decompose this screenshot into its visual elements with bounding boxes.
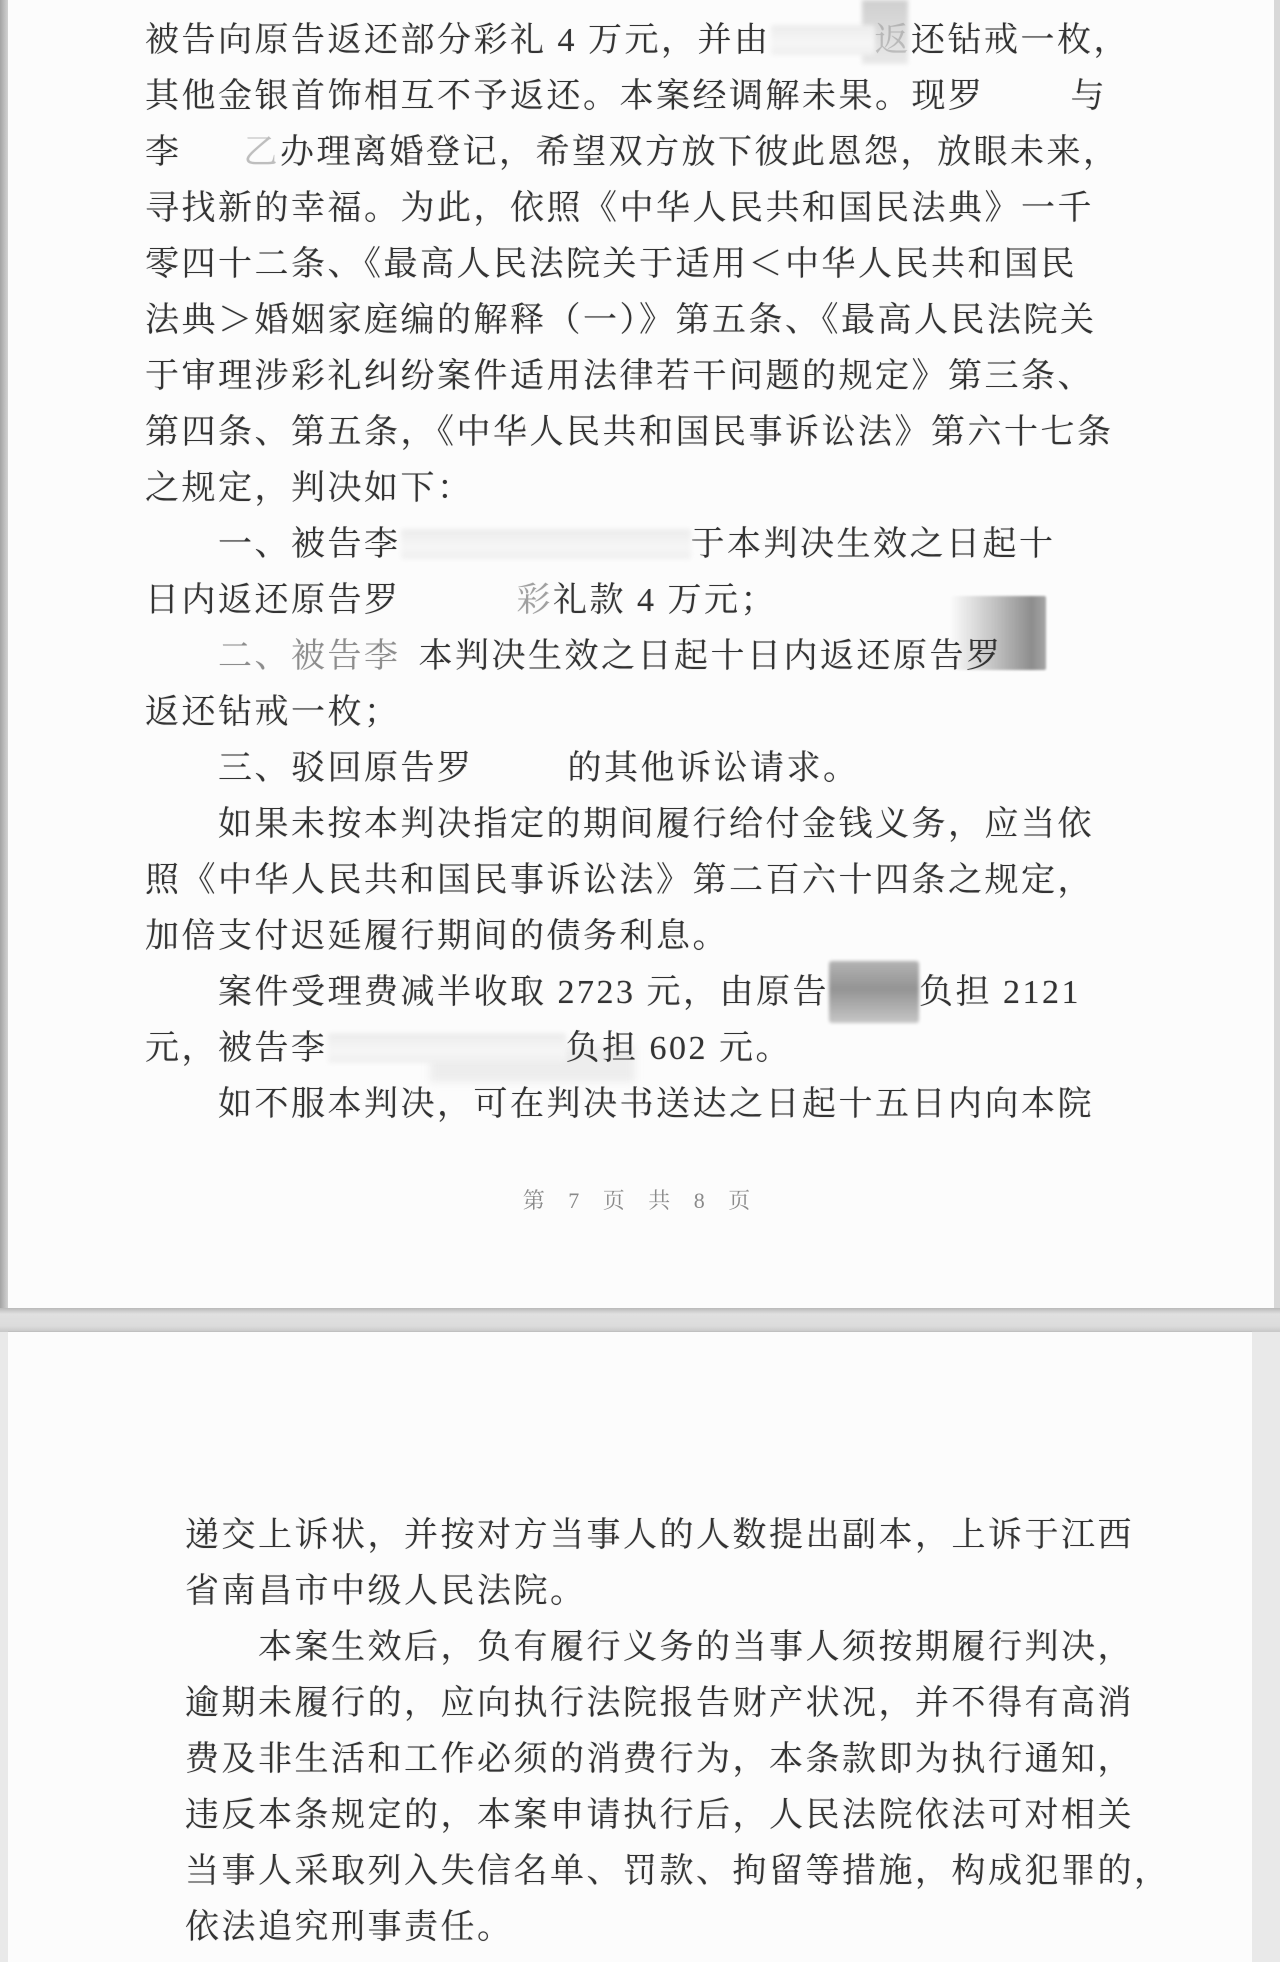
text-line: 法典＞婚姻家庭编的解释（一）》第五条、《最高人民法院关	[145, 292, 1097, 334]
text-segment: 二、被告李	[218, 638, 401, 675]
page-separator	[0, 1308, 1280, 1332]
court-judgment-scan: { "document": { "kind": "civil-judgment-…	[0, 0, 1280, 1962]
page-right-edge-shadow	[1273, 0, 1280, 1308]
redaction-light	[771, 25, 875, 55]
text-segment: 李	[145, 134, 182, 171]
redaction-light	[328, 1033, 566, 1063]
text-line: 第四条、第五条，《中华人民共和国民事诉讼法》第六十七条	[145, 404, 1114, 446]
text-segment: 礼款 4 万元；	[553, 582, 777, 619]
text-line: 三、驳回原告罗的其他诉讼请求。	[218, 740, 860, 782]
redaction-blank	[401, 657, 419, 667]
text-segment: 零四十二条、《最高人民法院关于适用＜中华人民共和国民	[145, 246, 1077, 283]
text-segment: 违反本条规定的，本案申请执行后，人民法院依法可对相关	[185, 1797, 1134, 1834]
text-segment: 返	[875, 22, 912, 59]
redaction-blank	[985, 97, 1071, 107]
text-line: 省南昌市中级人民法院。	[185, 1563, 587, 1605]
text-segment: 案件受理费减半收取 2723 元，由原告	[218, 974, 829, 1011]
text-segment: 逾期未履行的，应向执行法院报告财产状况，并不得有高消	[185, 1685, 1134, 1722]
text-segment: 省南昌市中级人民法院。	[185, 1573, 587, 1610]
text-segment: 三、驳回原告罗	[218, 750, 474, 787]
text-segment: 返还钻戒一枚；	[145, 694, 401, 731]
text-segment: 如果未按本判决指定的期间履行给付金钱义务，应当依	[218, 806, 1094, 843]
text-line: 日内返还原告罗彩礼款 4 万元；	[145, 572, 777, 614]
text-line: 如果未按本判决指定的期间履行给付金钱义务，应当依	[218, 796, 1094, 838]
text-line: 李乙办理离婚登记，希望双方放下彼此恩怨，放眼未来，	[145, 124, 1120, 166]
text-line: 被告向原告返还部分彩礼 4 万元，并由返还钻戒一枚，	[145, 12, 1130, 54]
text-line: 依法追究刑事责任。	[185, 1899, 514, 1941]
text-segment: 元，被告李	[145, 1030, 328, 1067]
text-segment: 其他金银首饰相互不予返还。本案经调解未果。现罗	[145, 78, 985, 115]
text-segment: 之规定，判决如下：	[145, 470, 474, 507]
text-line: 如不服本判决，可在判决书送达之日起十五日内向本院	[218, 1076, 1094, 1118]
text-segment: 当事人采取列入失信名单、罚款、拘留等措施，构成犯罪的，	[185, 1853, 1171, 1890]
text-line: 案件受理费减半收取 2723 元，由原告负担 2121	[218, 964, 1081, 1006]
text-line: 其他金银首饰相互不予返还。本案经调解未果。现罗与	[145, 68, 1107, 110]
text-line: 逾期未履行的，应向执行法院报告财产状况，并不得有高消	[185, 1675, 1134, 1717]
text-segment: 本判决生效之日起十日内返还原告罗	[419, 638, 1003, 675]
text-line: 一、被告李于本判决生效之日起十	[218, 516, 1056, 558]
text-line: 零四十二条、《最高人民法院关于适用＜中华人民共和国民	[145, 236, 1077, 278]
text-segment: 第四条、第五条，《中华人民共和国民事诉讼法》第六十七条	[145, 414, 1114, 451]
text-segment: 于审理涉彩礼纠纷案件适用法律若干问题的规定》第三条、	[145, 358, 1094, 395]
text-segment: 负担 602 元。	[566, 1030, 793, 1067]
judgment-page-8: 递交上诉状，并按对方当事人的人数提出副本，上诉于江西省南昌市中级人民法院。本案生…	[8, 1332, 1252, 1962]
page-left-edge-shadow	[0, 0, 8, 1308]
text-line: 违反本条规定的，本案申请执行后，人民法院依法可对相关	[185, 1787, 1134, 1829]
text-line: 加倍支付迟延履行期间的债务利息。	[145, 908, 729, 950]
text-segment: 还钻戒一枚，	[911, 22, 1130, 59]
text-segment: 依法追究刑事责任。	[185, 1909, 514, 1946]
text-line: 元，被告李负担 602 元。	[145, 1020, 792, 1062]
text-segment: 彩	[517, 582, 554, 619]
text-line: 本案生效后，负有履行义务的当事人须按期履行判决，	[258, 1619, 1134, 1661]
text-segment: 法典＞婚姻家庭编的解释（一）》第五条、《最高人民法院关	[145, 302, 1097, 339]
redaction-blank	[401, 601, 517, 611]
text-segment: 被告向原告返还部分彩礼 4 万元，并由	[145, 22, 771, 59]
text-segment: 于本判决生效之日起十	[691, 526, 1056, 563]
text-segment: 的其他诉讼请求。	[568, 750, 860, 787]
text-line: 于审理涉彩礼纠纷案件适用法律若干问题的规定》第三条、	[145, 348, 1094, 390]
text-segment: 负担 2121	[919, 974, 1081, 1011]
text-segment: 加倍支付迟延履行期间的债务利息。	[145, 918, 729, 955]
text-segment: 递交上诉状，并按对方当事人的人数提出副本，上诉于江西	[185, 1517, 1134, 1554]
redaction-blank	[474, 769, 568, 779]
text-line: 照《中华人民共和国民事诉讼法》第二百六十四条之规定，	[145, 852, 1094, 894]
text-line: 二、被告李本判决生效之日起十日内返还原告罗	[218, 628, 1003, 670]
judgment-page-7: 第 7 页 共 8 页 被告向原告返还部分彩礼 4 万元，并由返还钻戒一枚，其他…	[8, 0, 1274, 1308]
redaction-light	[401, 529, 691, 559]
text-segment: 办理离婚登记，希望双方放下彼此恩怨，放眼未来，	[280, 134, 1120, 171]
text-line: 递交上诉状，并按对方当事人的人数提出副本，上诉于江西	[185, 1507, 1134, 1549]
page-number-footer: 第 7 页 共 8 页	[523, 1184, 760, 1215]
text-line: 当事人采取列入失信名单、罚款、拘留等措施，构成犯罪的，	[185, 1843, 1171, 1885]
text-segment: 与	[1071, 78, 1108, 115]
redaction-dark	[829, 961, 919, 1023]
text-segment: 如不服本判决，可在判决书送达之日起十五日内向本院	[218, 1086, 1094, 1123]
text-segment: 费及非生活和工作必须的消费行为，本条款即为执行通知，	[185, 1741, 1134, 1778]
text-line: 返还钻戒一枚；	[145, 684, 401, 726]
text-line: 之规定，判决如下：	[145, 460, 474, 502]
text-segment: 乙	[244, 134, 281, 171]
text-line: 寻找新的幸福。为此，依照《中华人民共和国民法典》一千	[145, 180, 1094, 222]
text-segment: 照《中华人民共和国民事诉讼法》第二百六十四条之规定，	[145, 862, 1094, 899]
text-segment: 本案生效后，负有履行义务的当事人须按期履行判决，	[258, 1629, 1134, 1666]
redaction-blank	[182, 153, 244, 163]
text-segment: 日内返还原告罗	[145, 582, 401, 619]
text-line: 费及非生活和工作必须的消费行为，本条款即为执行通知，	[185, 1731, 1134, 1773]
text-segment: 一、被告李	[218, 526, 401, 563]
text-segment: 寻找新的幸福。为此，依照《中华人民共和国民法典》一千	[145, 190, 1094, 227]
